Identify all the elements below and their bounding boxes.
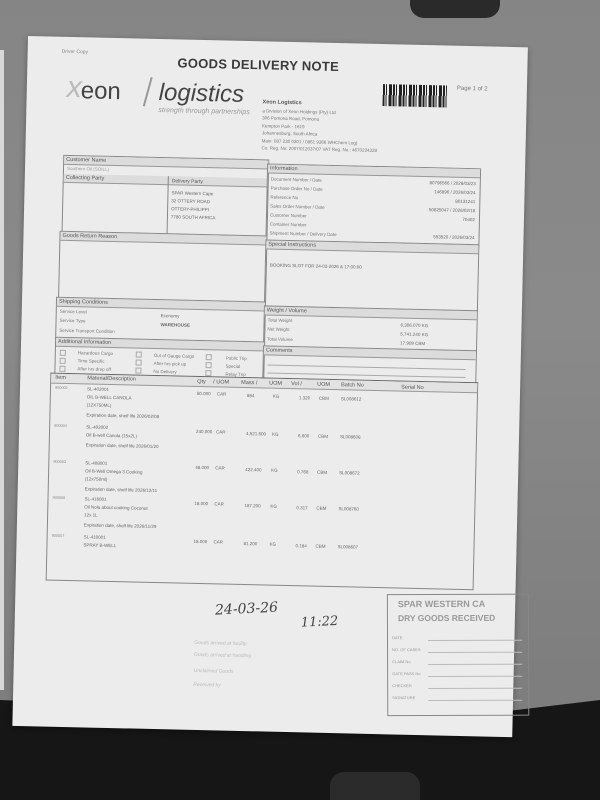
delivery-note-sheet: Driver Copy GOODS DELIVERY NOTE x eon lo…	[12, 36, 528, 737]
received-stamp: SPAR WESTERN CA DRY GOODS RECEIVED DATE …	[387, 594, 529, 716]
checkbox-out-of-gauge[interactable]	[136, 352, 142, 358]
special-instructions-text: BOOKING SLOT FOR 24-03-2026 & 17:00:00	[270, 263, 362, 270]
barcode	[383, 84, 447, 107]
customer-section: Customer Name Southern Oil (SOILL) Colle…	[62, 155, 270, 238]
information-section: Information Document Number / Date 80796…	[265, 163, 481, 246]
page-number: Page 1 of 2	[457, 86, 488, 93]
goods-return-section: Goods Return Reason	[58, 231, 267, 304]
company-address: Xeon Logistics a Division of Xeon Holdin…	[261, 99, 378, 154]
checkbox-hazardous[interactable]	[60, 350, 66, 356]
checkbox-public-trip[interactable]	[206, 354, 212, 360]
handwritten-date: 24-03-26	[215, 600, 279, 619]
floor-object	[330, 772, 420, 800]
dark-object	[410, 0, 500, 18]
checkbox-no-delivery[interactable]	[135, 368, 141, 374]
copy-label: Driver Copy	[62, 49, 89, 56]
checkbox-special[interactable]	[206, 362, 212, 368]
handwritten-time: 11:22	[300, 614, 338, 631]
paper-edge	[0, 50, 4, 690]
checkbox-after-hrs-pickup[interactable]	[136, 360, 142, 366]
items-table: Item Material/Description Qty / UOM Mass…	[46, 373, 479, 591]
special-instructions-section: Special Instructions BOOKING SLOT FOR 24…	[264, 239, 479, 312]
checkbox-time-specific[interactable]	[60, 358, 66, 364]
customer-name: Southern Oil (SOILL)	[67, 166, 109, 172]
checkbox-after-hrs-dropoff[interactable]	[59, 366, 65, 372]
document-title: GOODS DELIVERY NOTE	[177, 55, 339, 74]
